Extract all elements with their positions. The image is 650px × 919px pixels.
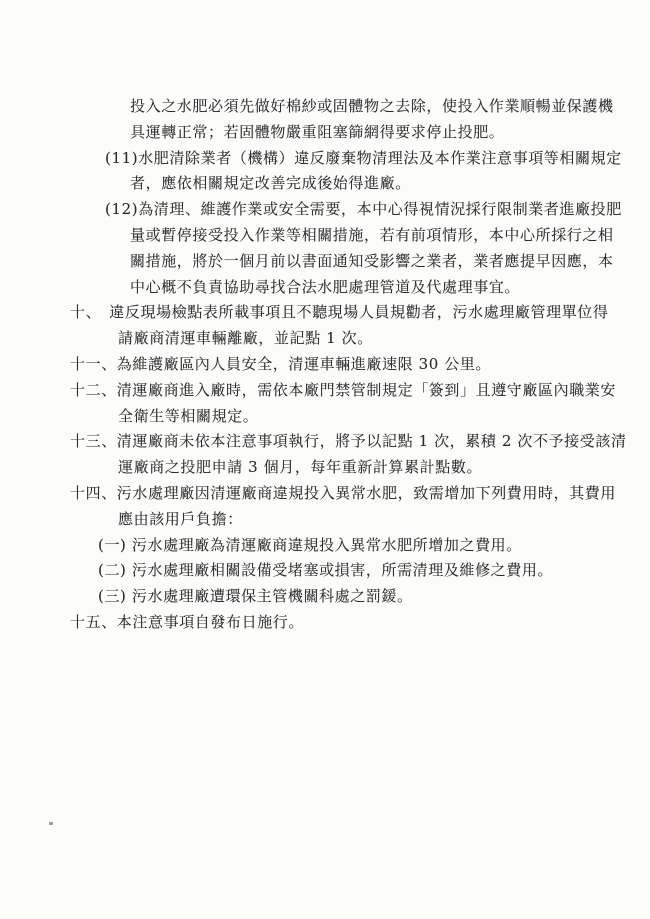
text-line: 應由該用戶負擔： (118, 507, 610, 533)
text-line: (12)為清理、維護作業或安全需要，本中心得視情況採行限制業者進廠投肥 (105, 197, 610, 223)
text-line: 十五、本注意事項自發布日施行。 (70, 610, 610, 636)
text-line: 運廠商之投肥申請 3 個月，每年重新計算累計點數。 (118, 455, 610, 481)
text-line: 十二、清運廠商進入廠時，需依本廠門禁管制規定「簽到」且遵守廠區內職業安 (70, 378, 610, 404)
text-line: 中心概不負責協助尋找合法水肥處理管道及代處理事宜。 (130, 275, 610, 301)
text-line: (二) 污水處理廠相關設備受堵塞或損害，所需清理及維修之費用。 (98, 558, 610, 584)
text-line: 全衛生等相關規定。 (118, 404, 610, 430)
text-line: 請廠商清運車輛離廠，並記點 1 次。 (118, 326, 610, 352)
text-line: (三) 污水處理廠遭環保主管機關科處之罰鍰。 (98, 584, 610, 610)
text-line: 十四、污水處理廠因清運廠商違規投入異常水肥，致需增加下列費用時，其費用 (70, 481, 610, 507)
scanned-document-page: 投入之水肥必須先做好棉紗或固體物之去除，使投入作業順暢並保護機具運轉正常；若固體… (0, 0, 650, 919)
document-body: 投入之水肥必須先做好棉紗或固體物之去除，使投入作業順暢並保護機具運轉正常；若固體… (70, 94, 610, 636)
text-line: 十、 違反現場檢點表所載事項且不聽現場人員規勸者，污水處理廠管理單位得 (70, 300, 610, 326)
text-line: 者，應依相關規定改善完成後始得進廠。 (130, 171, 610, 197)
scan-speck (49, 822, 53, 825)
text-line: 量或暫停接受投入作業等相關措施，若有前項情形，本中心所採行之相 (130, 223, 610, 249)
text-line: (一) 污水處理廠為清運廠商違規投入異常水肥所增加之費用。 (98, 533, 610, 559)
text-line: 十三、清運廠商未依本注意事項執行，將予以記點 1 次，累積 2 次不予接受該清 (70, 429, 610, 455)
text-line: 具運轉正常；若固體物嚴重阻塞篩網得要求停止投肥。 (130, 120, 610, 146)
text-line: 關措施，將於一個月前以書面通知受影響之業者，業者應提早因應，本 (130, 249, 610, 275)
text-line: 十一、為維護廠區內人員安全，清運車輛進廠速限 30 公里。 (70, 352, 610, 378)
text-line: 投入之水肥必須先做好棉紗或固體物之去除，使投入作業順暢並保護機 (130, 94, 610, 120)
text-line: (11)水肥清除業者（機構）違反廢棄物清理法及本作業注意事項等相關規定 (105, 146, 610, 172)
